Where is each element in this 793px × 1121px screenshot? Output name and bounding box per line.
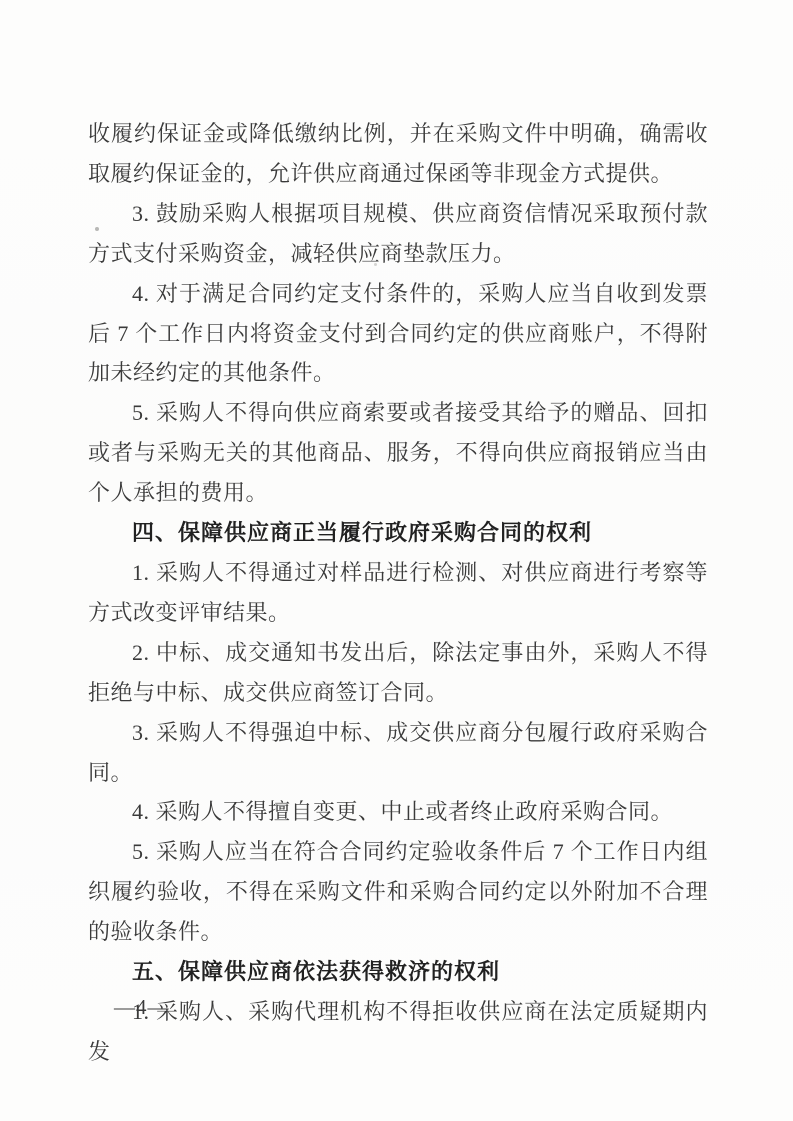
section-heading-5: 五、保障供应商依法获得救济的权利 [88,952,708,992]
scan-speck [95,227,99,231]
page-body: 收履约保证金或降低缴纳比例，并在采购文件中明确，确需收取履约保证金的，允许供应商… [88,114,708,1072]
paragraph-item-5: 5. 采购人不得向供应商索要或者接受其给予的赠品、回扣或者与采购无关的其他商品、… [88,393,708,513]
paragraph-sec4-item-1: 1. 采购人不得通过对样品进行检测、对供应商进行考察等方式改变评审结果。 [88,553,708,633]
page-number: —4— [114,992,170,1022]
document-page: 收履约保证金或降低缴纳比例，并在采购文件中明确，确需收取履约保证金的，允许供应商… [0,0,793,1121]
paragraph-sec4-item-2: 2. 中标、成交通知书发出后，除法定事由外，采购人不得拒绝与中标、成交供应商签订… [88,633,708,713]
section-heading-4: 四、保障供应商正当履行政府采购合同的权利 [88,513,708,553]
paragraph-sec4-item-3: 3. 采购人不得强迫中标、成交供应商分包履行政府采购合同。 [88,713,708,793]
paragraph-item-4: 4. 对于满足合同约定支付条件的，采购人应当自收到发票后 7 个工作日内将资金支… [88,274,708,394]
paragraph-item-3: 3. 鼓励采购人根据项目规模、供应商资信情况采取预付款方式支付采购资金，减轻供应… [88,194,708,274]
paragraph-sec4-item-4: 4. 采购人不得擅自变更、中止或者终止政府采购合同。 [88,792,708,832]
scan-speck [374,263,377,266]
paragraph-sec5-item-1: 1. 采购人、采购代理机构不得拒收供应商在法定质疑期内发 [88,992,708,1072]
paragraph-sec4-item-5: 5. 采购人应当在符合合同约定验收条件后 7 个工作日内组织履约验收，不得在采购… [88,832,708,952]
paragraph-continuation: 收履约保证金或降低缴纳比例，并在采购文件中明确，确需收取履约保证金的，允许供应商… [88,114,708,194]
